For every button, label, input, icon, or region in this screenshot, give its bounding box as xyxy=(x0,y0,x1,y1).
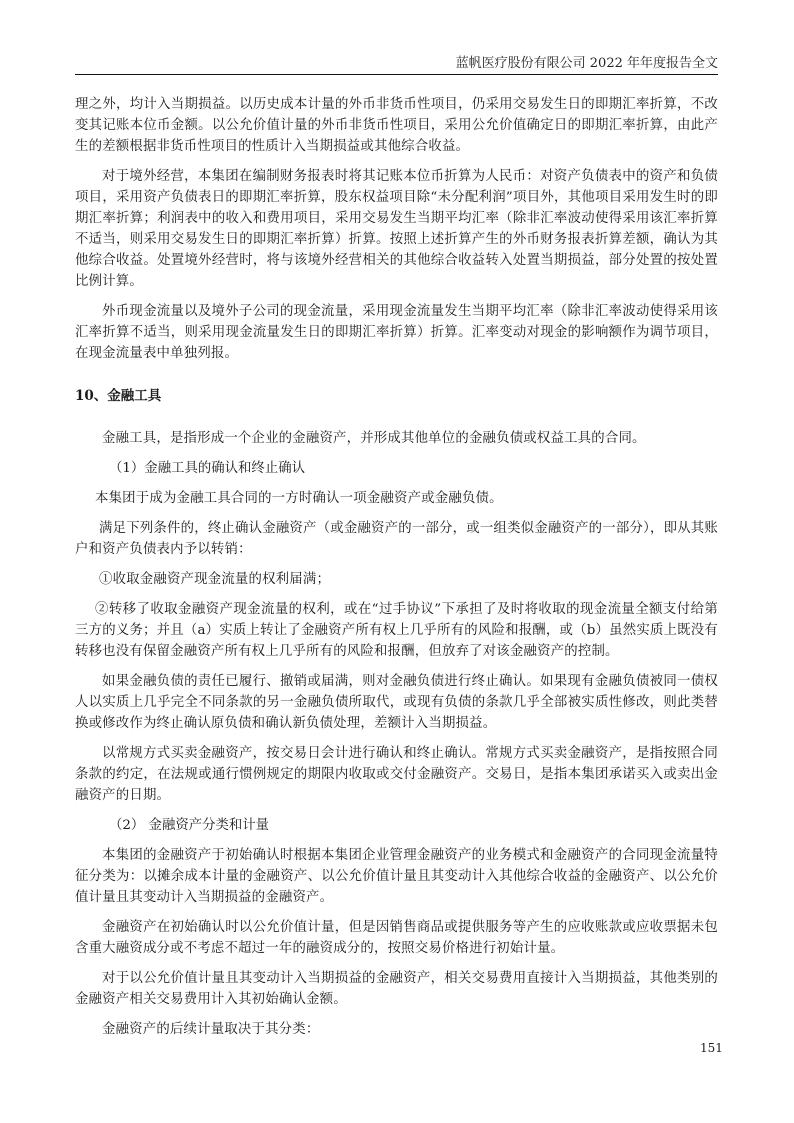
paragraph-classification: 本集团的金融资产于初始确认时根据本集团企业管理金融资产的业务模式和金融资产的合同… xyxy=(75,845,718,908)
paragraph-foreign-nonmonetary: 理之外，均计入当期损益。以历史成本计量的外币非货币性项目，仍采用交易发生日的即期… xyxy=(75,94,718,157)
subsection-heading-recognition: （1）金融工具的确认和终止确认 xyxy=(75,458,718,479)
page-number: 151 xyxy=(700,1041,723,1055)
paragraph-foreign-cash-flow: 外币现金流量以及境外子公司的现金流量，采用现金流量发生当期平均汇率（除非汇率波动… xyxy=(75,301,718,364)
document-body: 理之外，均计入当期损益。以历史成本计量的外币非货币性项目，仍采用交易发生日的即期… xyxy=(75,94,718,1049)
paragraph-initial-measurement: 金融资产在初始确认时以公允价值计量，但是因销售商品或提供服务等产生的应收账款或应… xyxy=(75,917,718,959)
paragraph-transaction-costs: 对于以公允价值计量且其变动计入当期损益的金融资产，相关交易费用直接计入当期损益，… xyxy=(75,968,718,1010)
subsection-heading-classification: （2） 金融资产分类和计量 xyxy=(75,815,718,836)
paragraph-regular-way: 以常规方式买卖金融资产，按交易日会计进行确认和终止确认。常规方式买卖金融资产，是… xyxy=(75,743,718,806)
paragraph-condition-2: ②转移了收取金融资产现金流量的权利，或在“过手协议”下承担了及时将收取的现金流量… xyxy=(75,599,718,662)
paragraph-recognition: 本集团于成为金融工具合同的一方时确认一项金融资产或金融负债。 xyxy=(75,488,718,509)
paragraph-liability-derecognition: 如果金融负债的责任已履行、撤销或届满，则对金融负债进行终止确认。如果现有金融负债… xyxy=(75,671,718,734)
paragraph-definition: 金融工具，是指形成一个企业的金融资产，并形成其他单位的金融负债或权益工具的合同。 xyxy=(75,428,718,449)
paragraph-overseas-operations: 对于境外经营，本集团在编制财务报表时将其记账本位币折算为人民币：对资产负债表中的… xyxy=(75,166,718,292)
report-title: 蓝帆医疗股份有限公司 2022 年年度报告全文 xyxy=(456,52,718,71)
page-header: 蓝帆医疗股份有限公司 2022 年年度报告全文 xyxy=(75,50,718,75)
paragraph-subsequent-measurement: 金融资产的后续计量取决于其分类： xyxy=(75,1019,718,1040)
paragraph-derecognition-intro: 满足下列条件的，终止确认金融资产（或金融资产的一部分，或一组类似金融资产的一部分… xyxy=(75,518,718,560)
paragraph-condition-1: ①收取金融资产现金流量的权利届满； xyxy=(75,569,718,590)
section-title-financial-instruments: 10、金融工具 xyxy=(75,386,718,406)
